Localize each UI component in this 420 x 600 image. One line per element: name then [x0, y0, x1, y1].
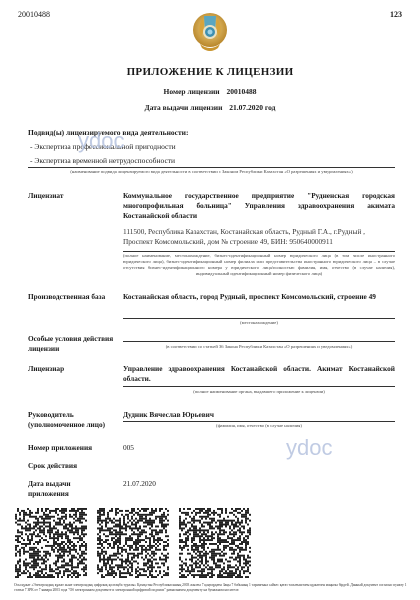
- head-label: Руководитель (уполномоченное лицо): [28, 410, 123, 430]
- subtype-item: - Экспертиза временной нетрудоспособност…: [30, 156, 175, 165]
- divider: [123, 341, 395, 342]
- head-value: Дудник Вячеслав Юрьевич: [123, 410, 395, 420]
- qr-code-icon: [15, 508, 87, 578]
- qr-code-icon: [179, 508, 251, 578]
- subtypes-note: (наименование подвида лицензируемого вид…: [28, 169, 395, 175]
- validity-label: Срок действия: [28, 461, 77, 471]
- license-date-row: Дата выдачи лицензии 21.07.2020 год: [0, 103, 420, 112]
- divider: [123, 421, 395, 422]
- licensor-note: (полное наименование органа, выдавшего п…: [123, 389, 395, 395]
- appendix-number-label: Номер приложения: [28, 443, 92, 453]
- divider: [123, 251, 395, 252]
- state-emblem-icon: [191, 8, 229, 56]
- head-note: (фамилия, имя, отчество (в случае наличи…: [123, 423, 395, 429]
- special-conditions-note: (в соответствии со статьей 36 Закона Рес…: [123, 344, 395, 350]
- page-number: 123: [390, 10, 402, 19]
- divider: [123, 318, 395, 319]
- license-date-value: 21.07.2020 год: [229, 103, 275, 112]
- licensee-address: 111500, Республика Казахстан, Костанайск…: [123, 227, 395, 247]
- license-number-value: 20010488: [226, 87, 256, 96]
- licensee-label: Лицензиат: [28, 191, 63, 201]
- license-number-row: Номер лицензии 20010488: [0, 87, 420, 96]
- page-title: ПРИЛОЖЕНИЕ К ЛИЦЕНЗИИ: [0, 66, 420, 78]
- appendix-number-value: 005: [123, 443, 395, 453]
- licensee-note: (полное наименование, местонахождение, б…: [123, 253, 395, 277]
- licensor-label: Лицензиар: [28, 364, 64, 374]
- licensor-value: Управление здравоохранения Костанайской …: [123, 364, 395, 384]
- license-number-label: Номер лицензии: [164, 87, 220, 96]
- appendix-date-label: Дата выдачи приложения: [28, 479, 88, 499]
- production-base-label: Производственная база: [28, 292, 105, 302]
- divider: [123, 386, 395, 387]
- document-number: 20010488: [18, 10, 50, 19]
- appendix-date-value: 21.07.2020: [123, 479, 395, 489]
- special-conditions-label: Особые условия действия лицензии: [28, 334, 118, 354]
- watermark: ydoc: [78, 128, 124, 154]
- divider: [28, 167, 395, 168]
- watermark: ydoc: [286, 435, 332, 461]
- license-date-label: Дата выдачи лицензии: [145, 103, 223, 112]
- qr-code-icon: [97, 508, 169, 578]
- licensee-name: Коммунальное государственное предприятие…: [123, 191, 395, 221]
- footer-legal-note: Осы құжат «Электрондық құжат және электр…: [14, 583, 409, 593]
- production-base-value: Костанайская область, город Рудный, прос…: [123, 292, 395, 302]
- production-base-note: (местонахождение): [123, 320, 395, 326]
